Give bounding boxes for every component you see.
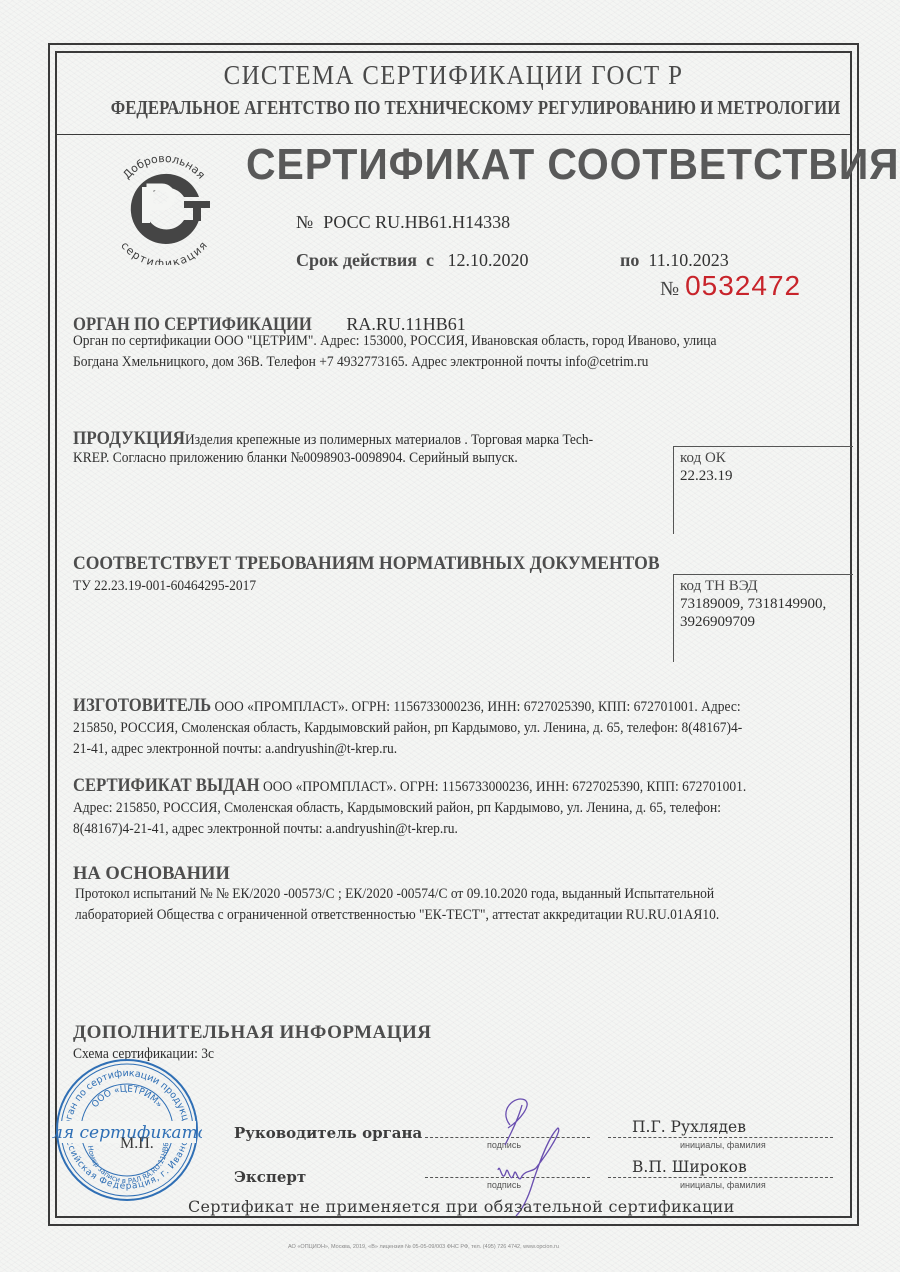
name-caption: инициалы, фамилия — [680, 1140, 766, 1150]
section-heading: ИЗГОТОВИТЕЛЬ — [73, 696, 211, 716]
text-line: Орган по сертификации ООО "ЦЕТРИМ". Адре… — [73, 331, 717, 352]
conformity-heading: СООТВЕТСТВУЕТ ТРЕБОВАНИЯМ НОРМАТИВНЫХ ДО… — [73, 554, 660, 575]
basis-heading: НА ОСНОВАНИИ — [73, 864, 230, 885]
section-heading: СЕРТИФИКАТ ВЫДАН — [73, 776, 260, 796]
validity-from: Срок действия с 12.10.2020 — [296, 250, 529, 271]
expert-label: Эксперт — [234, 1168, 306, 1186]
certification-body-details: Орган по сертификации ООО "ЦЕТРИМ". Адре… — [73, 331, 717, 373]
head-of-body-label: Руководитель органа — [234, 1124, 422, 1142]
text-line: ООО «ПРОМПЛАСТ». ОГРН: 1156733000236, ИН… — [215, 699, 741, 715]
validity-to: по 11.10.2023 — [620, 250, 729, 271]
certificate-number-value: РОСС RU.НВ61.Н14338 — [323, 212, 510, 232]
text-line: 21-41, адрес электронной почты: a.andryu… — [73, 739, 847, 760]
text-line: Протокол испытаний № № ЕК/2020 -00573/С … — [75, 884, 719, 905]
manufacturer-section: ИЗГОТОВИТЕЛЬ ООО «ПРОМПЛАСТ». ОГРН: 1156… — [73, 696, 900, 760]
text-line: KREP. Согласно приложению бланки №009890… — [73, 448, 658, 469]
issued-to-section: СЕРТИФИКАТ ВЫДАН ООО «ПРОМПЛАСТ». ОГРН: … — [73, 776, 900, 840]
number-symbol: № — [296, 212, 313, 232]
tnved-code-box: код ТН ВЭД 73189009, 7318149900, 3926909… — [673, 574, 853, 662]
ok-code-value: 22.23.19 — [680, 467, 847, 485]
name-line — [608, 1177, 833, 1178]
rst-logo-icon: Добровольная сертификация — [104, 150, 224, 265]
valid-from-date: 12.10.2020 — [448, 250, 529, 270]
additional-info-heading: ДОПОЛНИТЕЛЬНАЯ ИНФОРМАЦИЯ — [73, 1022, 432, 1044]
blank-number: №0532472 — [660, 270, 801, 302]
footer-note: Сертификат не применяется при обязательн… — [188, 1197, 735, 1216]
head-name: П.Г. Рухлядев — [632, 1118, 746, 1136]
text-line: ООО «ПРОМПЛАСТ». ОГРН: 1156733000236, ИН… — [263, 779, 746, 795]
tnved-code-value: 3926909709 — [680, 613, 847, 631]
blank-number-value: 0532472 — [685, 270, 801, 301]
system-title: СИСТЕМА СЕРТИФИКАЦИИ ГОСТ Р — [87, 60, 820, 91]
section-heading: ПРОДУКЦИЯ — [73, 428, 185, 449]
to-label: по — [620, 250, 639, 270]
ok-code-label: код ОК — [680, 449, 847, 467]
name-line — [608, 1137, 833, 1138]
name-caption: инициалы, фамилия — [680, 1180, 766, 1190]
text-line: Адрес: 215850, РОССИЯ, Смоленская област… — [73, 798, 847, 819]
certificate-number: №РОСС RU.НВ61.Н14338 — [296, 212, 510, 233]
normative-document: ТУ 22.23.19-001-60464295-2017 — [73, 576, 256, 597]
certificate-title: СЕРТИФИКАТ СООТВЕТСТВИЯ — [246, 140, 900, 190]
ok-code-box: код ОК 22.23.19 — [673, 446, 853, 534]
certification-stamp-icon: Орган по сертификации продукции Российск… — [52, 1055, 202, 1205]
expert-name: В.П. Широков — [632, 1158, 747, 1176]
text-line: Богдана Хмельницкого, дом 36В. Телефон +… — [73, 352, 717, 373]
tnved-code-label: код ТН ВЭД — [680, 577, 847, 595]
basis-details: Протокол испытаний № № ЕК/2020 -00573/С … — [75, 884, 719, 926]
blank-number-symbol: № — [660, 278, 679, 300]
text-line: 215850, РОССИЯ, Смоленская область, Кард… — [73, 718, 847, 739]
valid-to-date: 11.10.2023 — [648, 250, 728, 270]
stamp-place-label: М.П. — [120, 1135, 154, 1153]
tnved-code-value: 73189009, 7318149900, — [680, 595, 847, 613]
text-line: Изделия крепежные из полимерных материал… — [185, 432, 593, 448]
text-line: лабораторией Общества с ограниченной отв… — [75, 905, 719, 926]
svg-text:ООО «ЦЕТРИМ»: ООО «ЦЕТРИМ» — [90, 1085, 164, 1110]
agency-title: ФЕДЕРАЛЬНОЕ АГЕНТСТВО ПО ТЕХНИЧЕСКОМУ РЕ… — [111, 98, 796, 120]
product-section: ПРОДУКЦИЯИзделия крепежные из полимерных… — [73, 428, 723, 469]
text-line: 8(48167)4-21-41, адрес электронной почты… — [73, 819, 847, 840]
validity-label: Срок действия — [296, 250, 417, 270]
from-label: с — [426, 250, 434, 270]
header-divider — [55, 134, 852, 135]
printer-imprint: АО «ОПЦИОН», Москва, 2019, «В» лицензия … — [288, 1244, 559, 1250]
